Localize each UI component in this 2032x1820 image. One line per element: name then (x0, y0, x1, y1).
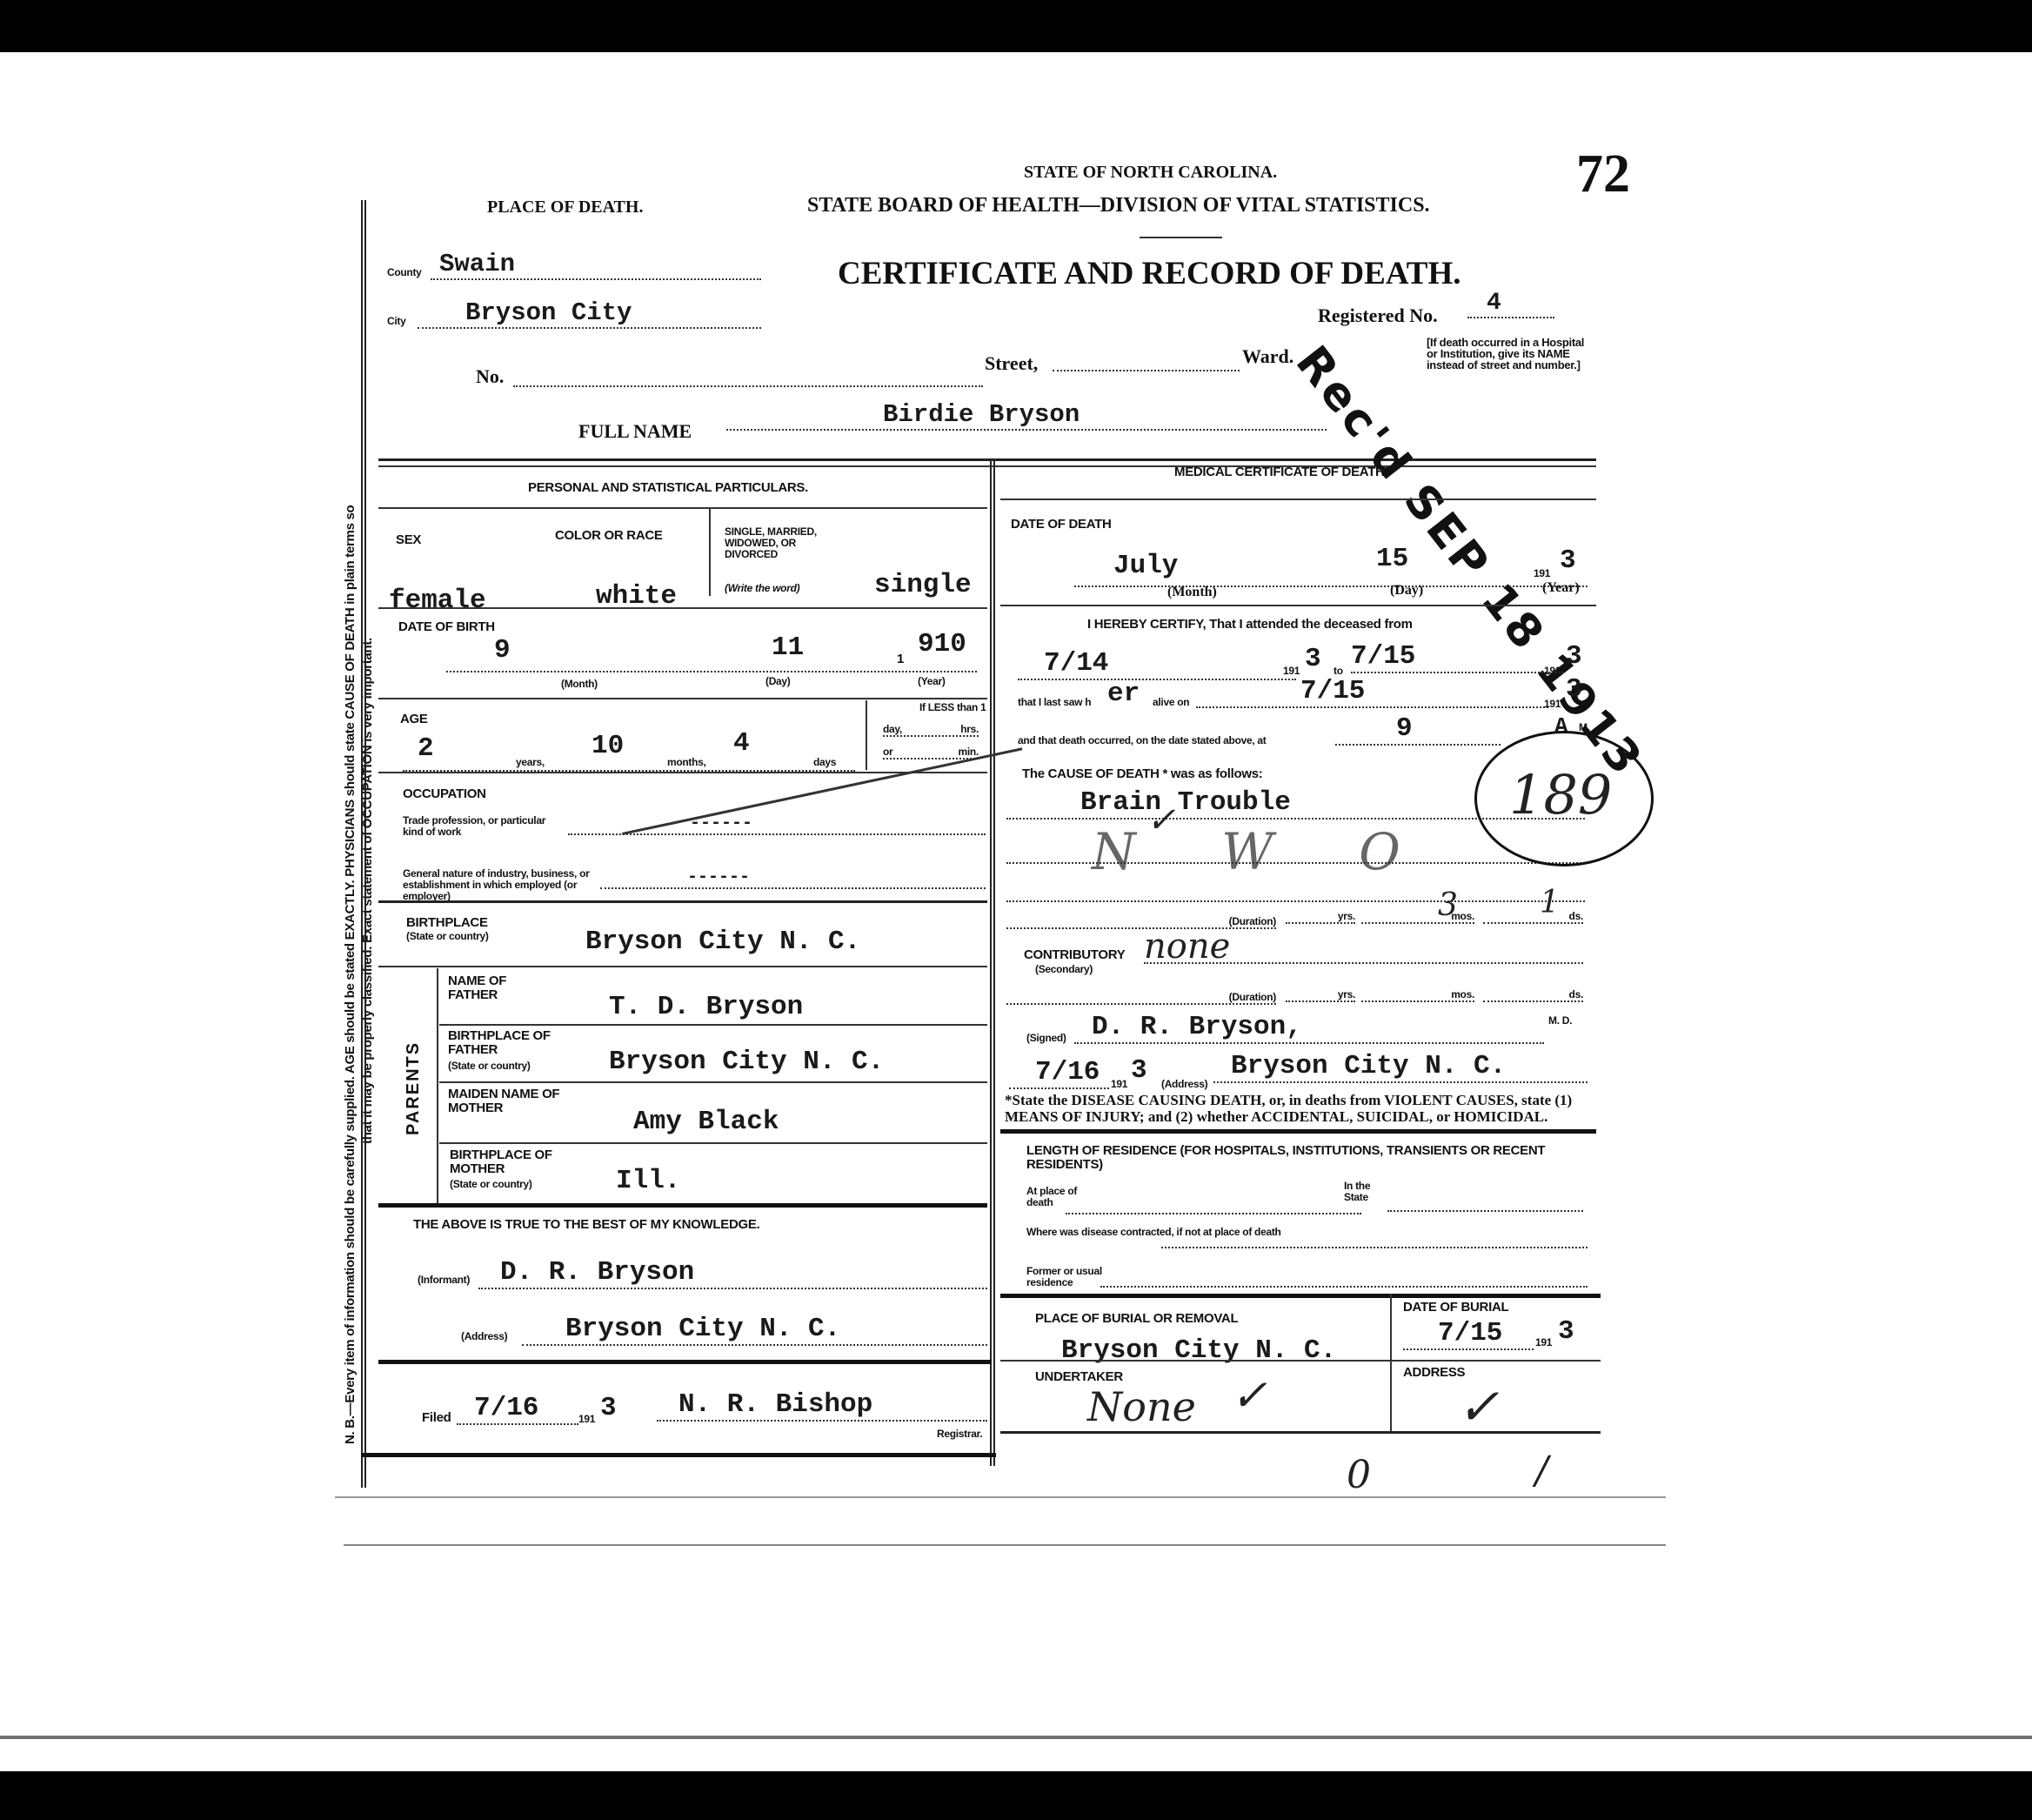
marital-hint: (Write the word) (725, 583, 799, 594)
parents-label: PARENTS (406, 1041, 420, 1135)
former-residence-field[interactable] (1100, 1281, 1587, 1288)
industry-field[interactable]: ------ (600, 867, 986, 889)
rule (378, 1203, 987, 1208)
scan-artifact-2 (344, 1544, 1666, 1546)
last-saw-date-field[interactable]: 7/15 (1196, 676, 1548, 708)
contracted-field[interactable] (1161, 1241, 1587, 1248)
signed-address-label: (Address) (1161, 1079, 1207, 1090)
age-days: 4 (733, 728, 750, 759)
age-label: AGE (400, 713, 428, 726)
rule (1000, 498, 1596, 500)
header-rule (1140, 237, 1222, 238)
birthplace-label: BIRTHPLACE (406, 916, 488, 930)
dob-month-caption: (Month) (561, 679, 598, 690)
father-birthplace-value[interactable]: Bryson City N. C. (609, 1047, 884, 1077)
md-label: M. D. (1548, 1015, 1572, 1027)
informant-address-field[interactable]: Bryson City N. C. (522, 1314, 987, 1346)
attended-from-year: 3 (1305, 644, 1321, 674)
mother-birthplace-label: BIRTHPLACE OF MOTHER (450, 1148, 571, 1176)
last-saw-year: 3 (1566, 674, 1582, 705)
attended-from-value: 7/14 (1044, 648, 1108, 679)
state-heading: STATE OF NORTH CAROLINA. (1024, 163, 1277, 183)
trade-value: ------ (690, 813, 752, 833)
rule (1000, 1129, 1596, 1134)
in-state-field[interactable] (1387, 1205, 1583, 1212)
informant-address-value: Bryson City N. C. (565, 1314, 840, 1344)
secondary-duration-label: (Duration) (1229, 991, 1276, 1003)
dod-label: DATE OF DEATH (1011, 518, 1112, 532)
cause-value: Brain Trouble (1080, 787, 1291, 818)
less-day-label: day, (883, 723, 902, 735)
secondary-mos-label: mos. (1451, 988, 1474, 1000)
registrar-label: Registrar. (937, 1429, 982, 1440)
secondary-mos-field[interactable]: mos. (1361, 989, 1474, 1002)
father-name-label: NAME OF FATHER (448, 974, 544, 1002)
age-years-label: years, (516, 757, 545, 768)
burial-year-prefix: 191 (1535, 1337, 1552, 1348)
signed-field[interactable]: D. R. Bryson, (1074, 1012, 1544, 1044)
full-name-value: Birdie Bryson (883, 400, 1079, 429)
ward-label: Ward. (1242, 345, 1293, 368)
full-name-label: FULL NAME (578, 420, 692, 443)
sex-label: SEX (396, 533, 421, 547)
contributory-line[interactable] (1144, 957, 1583, 964)
last-saw-pronoun[interactable]: er (1107, 679, 1140, 709)
full-name-field[interactable]: Birdie Bryson (726, 400, 1327, 431)
column-divider (990, 461, 995, 1466)
secondary-ds-field[interactable]: ds. (1483, 989, 1583, 1002)
dob-year: 910 (918, 629, 966, 659)
at-place-label: At place of death (1026, 1186, 1079, 1208)
filed-year-prefix: 191 (578, 1414, 595, 1425)
residence-label: LENGTH OF RESIDENCE (FOR HOSPITALS, INST… (1026, 1144, 1566, 1172)
rule (439, 1081, 987, 1083)
dod-day: 15 (1376, 544, 1408, 574)
attended-to-field[interactable]: 7/15 (1351, 641, 1564, 673)
duration-yrs-field[interactable]: yrs. (1286, 911, 1355, 924)
cause-footnote: *State the DISEASE CAUSING DEATH, or, in… (1005, 1092, 1596, 1125)
rule (439, 1024, 987, 1026)
city-field[interactable]: Bryson City (418, 298, 761, 329)
father-birthplace-hint: (State or country) (448, 1061, 531, 1072)
duration-yrs-label: yrs. (1338, 910, 1355, 922)
dob-label: DATE OF BIRTH (398, 620, 495, 634)
dob-day-caption: (Day) (765, 676, 791, 687)
in-state-label: In the State (1344, 1181, 1396, 1203)
signed-value: D. R. Bryson, (1092, 1012, 1302, 1042)
cause-line-3[interactable] (1006, 893, 1585, 902)
city-value: Bryson City (465, 298, 632, 327)
mother-birthplace-hint: (State or country) (450, 1179, 532, 1190)
county-label: County (387, 267, 422, 278)
signed-address: Bryson City N. C. (1231, 1051, 1506, 1081)
trade-label: Trade profession, or particular kind of … (403, 815, 564, 838)
duration-mos-label: mos. (1451, 910, 1474, 922)
last-saw-label: that I last saw h (1018, 697, 1091, 708)
personal-section-title: PERSONAL AND STATISTICAL PARTICULARS. (528, 481, 808, 495)
rule (1000, 1294, 1601, 1298)
industry-value: ------ (687, 867, 750, 887)
informant-address-label: (Address) (461, 1331, 507, 1342)
trade-field[interactable]: ------ (568, 813, 986, 835)
ward-field[interactable] (1053, 361, 1240, 371)
signed-label: (Signed) (1026, 1033, 1066, 1044)
signed-date: 7/16 (1035, 1057, 1100, 1087)
county-value: Swain (439, 250, 515, 278)
undertaker-value[interactable]: None (1087, 1383, 1196, 1430)
age-months-label: months, (667, 757, 706, 768)
certificate-title: CERTIFICATE AND RECORD OF DEATH. (838, 255, 1461, 292)
burial-place-label: PLACE OF BURIAL OR REMOVAL (1035, 1312, 1238, 1326)
rule (709, 509, 711, 596)
signed-year: 3 (1131, 1055, 1147, 1086)
father-name-value[interactable]: T. D. Bryson (609, 992, 803, 1022)
board-heading: STATE BOARD OF HEALTH—DIVISION OF VITAL … (807, 194, 1430, 217)
rule (1390, 1294, 1392, 1433)
race-label: COLOR OR RACE (555, 529, 663, 543)
filed-year: 3 (600, 1393, 617, 1423)
duration-ds-field[interactable]: ds. (1483, 911, 1583, 924)
address-checkmark-icon: ✓ (1457, 1377, 1500, 1436)
marital-label: SINGLE, MARRIED, WIDOWED, OR DIVORCED (725, 526, 829, 560)
mother-name-value[interactable]: Amy Black (633, 1107, 779, 1137)
burial-year: 3 (1558, 1316, 1574, 1347)
min-label: min. (959, 746, 979, 758)
contributory-label: CONTRIBUTORY (1024, 948, 1125, 962)
death-time-field[interactable]: 9 (1335, 713, 1501, 746)
scan-artifact-line (0, 1736, 2032, 1739)
age-years: 2 (418, 733, 434, 764)
stray-mark-0: 0 (1347, 1453, 1371, 1497)
occupation-label: OCCUPATION (403, 787, 486, 801)
birthplace-hint: (State or country) (406, 931, 489, 942)
form-left-border (361, 200, 366, 1488)
undertaker-address-label: ADDRESS (1403, 1366, 1465, 1380)
dob-month: 9 (494, 635, 511, 666)
circled-code: 189 (1509, 763, 1612, 826)
street-label: Street, (985, 352, 1038, 375)
dob-year-caption: (Year) (918, 676, 946, 687)
hrs-label: hrs. (960, 724, 979, 735)
place-of-death-heading: PLACE OF DEATH. (487, 197, 643, 217)
signed-address-field[interactable]: Bryson City N. C. (1213, 1051, 1587, 1083)
death-time-value: 9 (1396, 713, 1413, 744)
last-saw-date: 7/15 (1300, 676, 1365, 706)
scan-border-bottom (0, 1771, 2032, 1820)
true-statement: THE ABOVE IS TRUE TO THE BEST OF MY KNOW… (413, 1218, 759, 1232)
undertaker-label: UNDERTAKER (1035, 1370, 1123, 1384)
certify-label: I HEREBY CERTIFY, That I attended the de… (1087, 618, 1413, 632)
contracted-label: Where was disease contracted, if not at … (1026, 1227, 1287, 1238)
death-certificate-form: STATE OF NORTH CAROLINA. PLACE OF DEATH.… (274, 144, 1640, 1570)
undertaker-checkmark-icon: ✓ (1231, 1370, 1267, 1421)
marital-value[interactable]: single (874, 570, 972, 600)
secondary-yrs-field[interactable]: yrs. (1286, 989, 1355, 1002)
at-place-field[interactable] (1066, 1208, 1361, 1214)
secondary-label: (Secondary) (1035, 964, 1093, 975)
scan-artifact (335, 1496, 1666, 1498)
registered-no-label: Registered No. (1318, 304, 1438, 327)
registered-no-value: 4 (1487, 290, 1501, 317)
attended-to-value: 7/15 (1351, 641, 1415, 672)
cause-label: The CAUSE OF DEATH * was as follows: (1022, 767, 1262, 781)
father-birthplace-label: BIRTHPLACE OF FATHER (448, 1029, 570, 1057)
secondary-duration-field[interactable]: (Duration) (1006, 992, 1276, 1005)
secondary-ds-label: ds. (1569, 988, 1583, 1000)
rule (361, 1453, 996, 1457)
duration-ds-label: ds. (1569, 910, 1583, 922)
burial-date-label: DATE OF BURIAL (1403, 1301, 1508, 1315)
rule (378, 698, 987, 699)
registered-no-field[interactable]: 4 (1467, 290, 1554, 318)
filed-label: Filed (422, 1411, 451, 1425)
less-than-minutes-field[interactable]: ormin. (883, 746, 979, 759)
rule (378, 966, 987, 967)
county-field[interactable]: Swain (431, 250, 761, 280)
rule (1000, 605, 1596, 606)
mother-name-label: MAIDEN NAME OF MOTHER (448, 1087, 570, 1115)
dob-day: 11 (772, 632, 804, 663)
cause-line-2[interactable] (1006, 855, 1585, 864)
rule (378, 507, 987, 509)
registrar-value: N. R. Bishop (678, 1389, 872, 1420)
burial-date-field[interactable]: 7/15 (1403, 1318, 1534, 1350)
street-number-field[interactable] (513, 377, 983, 387)
burial-date-value: 7/15 (1438, 1318, 1502, 1348)
contributory-checkmark-icon: ✓ (1146, 800, 1176, 840)
cause-annotation: N W O (1092, 822, 1435, 881)
dod-year: 3 (1560, 545, 1576, 576)
death-time-label: and that death occurred, on the date sta… (1018, 735, 1267, 746)
dod-day-caption: (Day) (1390, 583, 1423, 599)
rule (378, 607, 987, 609)
secondary-yrs-label: yrs. (1338, 988, 1355, 1000)
scan-border-top (0, 0, 2032, 52)
rule (866, 700, 867, 770)
filed-date-field[interactable]: 7/16 (457, 1393, 578, 1425)
alive-on-label: alive on (1153, 697, 1189, 708)
signed-year-prefix: 191 (1111, 1079, 1127, 1090)
duration-field[interactable]: (Duration) (1006, 916, 1276, 929)
sex-value[interactable]: female (389, 585, 486, 616)
industry-label: General nature of industry, business, or… (403, 868, 603, 902)
dod-month-caption: (Month) (1167, 585, 1217, 600)
age-days-label: days (813, 757, 836, 768)
rule (1000, 1360, 1601, 1362)
medical-section-title: MEDICAL CERTIFICATE OF DEATH. (1174, 465, 1387, 479)
rule (437, 968, 438, 1203)
informant-value: D. R. Bryson (500, 1257, 694, 1288)
filed-date-value: 7/16 (474, 1393, 538, 1423)
rule (378, 772, 987, 773)
or-label: or (883, 746, 892, 758)
duration-label: (Duration) (1229, 915, 1276, 927)
stray-mark-slash: / (1535, 1449, 1548, 1493)
dod-month: July (1113, 551, 1178, 581)
rule (378, 900, 987, 903)
dod-year-caption: (Year) (1542, 580, 1580, 596)
last-saw-year-prefix: 191 (1544, 699, 1561, 710)
no-label: No. (476, 365, 504, 388)
rule (1000, 1431, 1601, 1434)
attended-to-year: 3 (1566, 641, 1582, 672)
birthplace-value[interactable]: Bryson City N. C. (585, 927, 860, 957)
city-label: City (387, 316, 405, 327)
informant-field[interactable]: D. R. Bryson (478, 1257, 987, 1289)
less-than-label: If LESS than 1 (919, 702, 986, 713)
dob-year-prefix: 1 (897, 652, 904, 666)
signed-date-field[interactable]: 7/16 (1009, 1057, 1109, 1089)
age-field[interactable] (403, 763, 855, 772)
dod-year-prefix: 191 (1534, 568, 1550, 579)
mother-birthplace-value[interactable]: Ill. (616, 1166, 680, 1196)
less-than-hours-field[interactable]: day,hrs. (883, 724, 979, 737)
duration-mos-field[interactable]: mos. (1361, 911, 1474, 924)
rule (439, 1142, 987, 1144)
informant-label: (Informant) (418, 1275, 470, 1286)
hospital-note: [If death occurred in a Hospital or Inst… (1427, 337, 1587, 371)
rule (378, 1360, 992, 1364)
age-months: 10 (592, 731, 624, 761)
registrar-field[interactable]: N. R. Bishop (657, 1389, 987, 1422)
